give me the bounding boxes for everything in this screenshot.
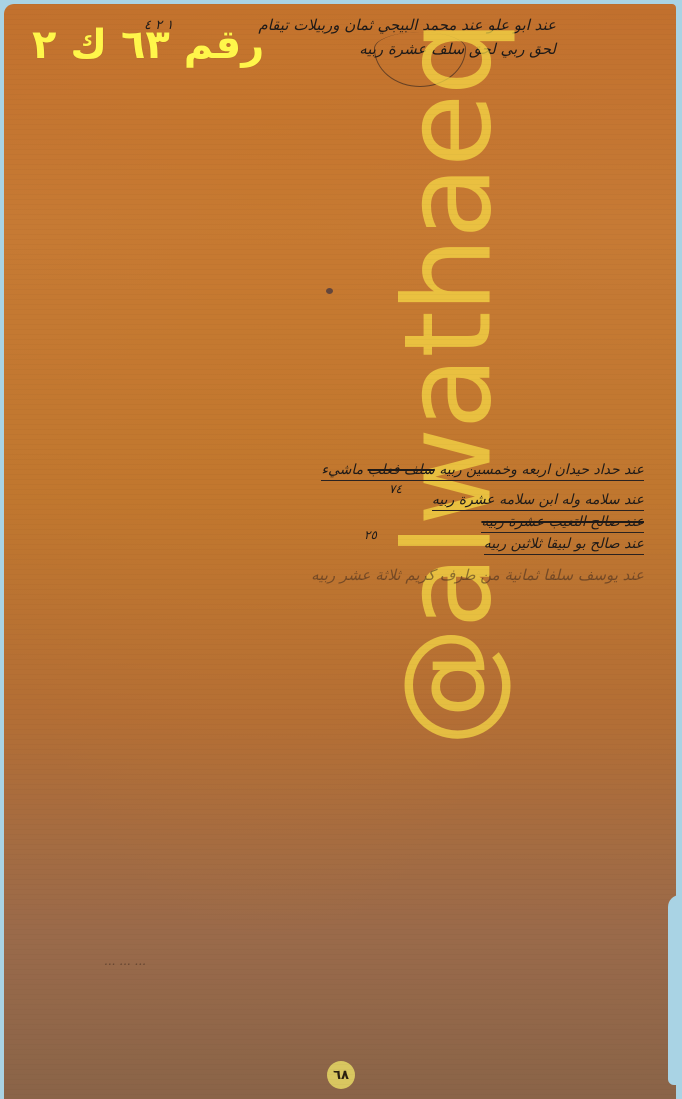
entry-1-text: عند حداد حيدان اربعه وخمسين ربيه: [439, 462, 644, 478]
document-reference-stamp: رقم ٦٣ ك ٢: [32, 22, 264, 68]
torn-edge: [668, 895, 682, 1085]
ink-loop-mark: [374, 32, 466, 87]
header-line-1: عند ابو علو عند محمد البيجي ثمان وربيلات…: [258, 16, 556, 34]
entry-3: عند صالح التعيب عشرة ربيه: [481, 514, 644, 533]
footer-note: ... ... ...: [104, 954, 146, 968]
entry-4: عند صالح بو لبيقا ثلاثين ربيه: [484, 536, 644, 555]
entry-5: عند يوسف سلفا ثمانية من طرف كريم ثلاثة ع…: [311, 566, 644, 584]
header-line-2: لحق ربي لحق سلف عشرة ربيه: [359, 40, 556, 58]
entry-1-struck: سلف فعلب: [368, 462, 435, 478]
entry-1: عند حداد حيدان اربعه وخمسين ربيه سلف فعل…: [321, 462, 644, 481]
entry-1-note: ماشيء: [321, 462, 363, 478]
entry-3-number: ٢٥: [364, 528, 377, 542]
watermark: @alwathaeq: [380, 21, 519, 746]
page-number: ٦٨: [327, 1061, 355, 1089]
entry-2: عند سلامه وله ابن سلامه عشرة ربيه: [432, 492, 644, 511]
document-page: عند ابو علو عند محمد البيجي ثمان وربيلات…: [4, 4, 676, 1099]
entry-1-number: ٧٤: [389, 482, 402, 496]
ink-speck: [326, 288, 333, 294]
